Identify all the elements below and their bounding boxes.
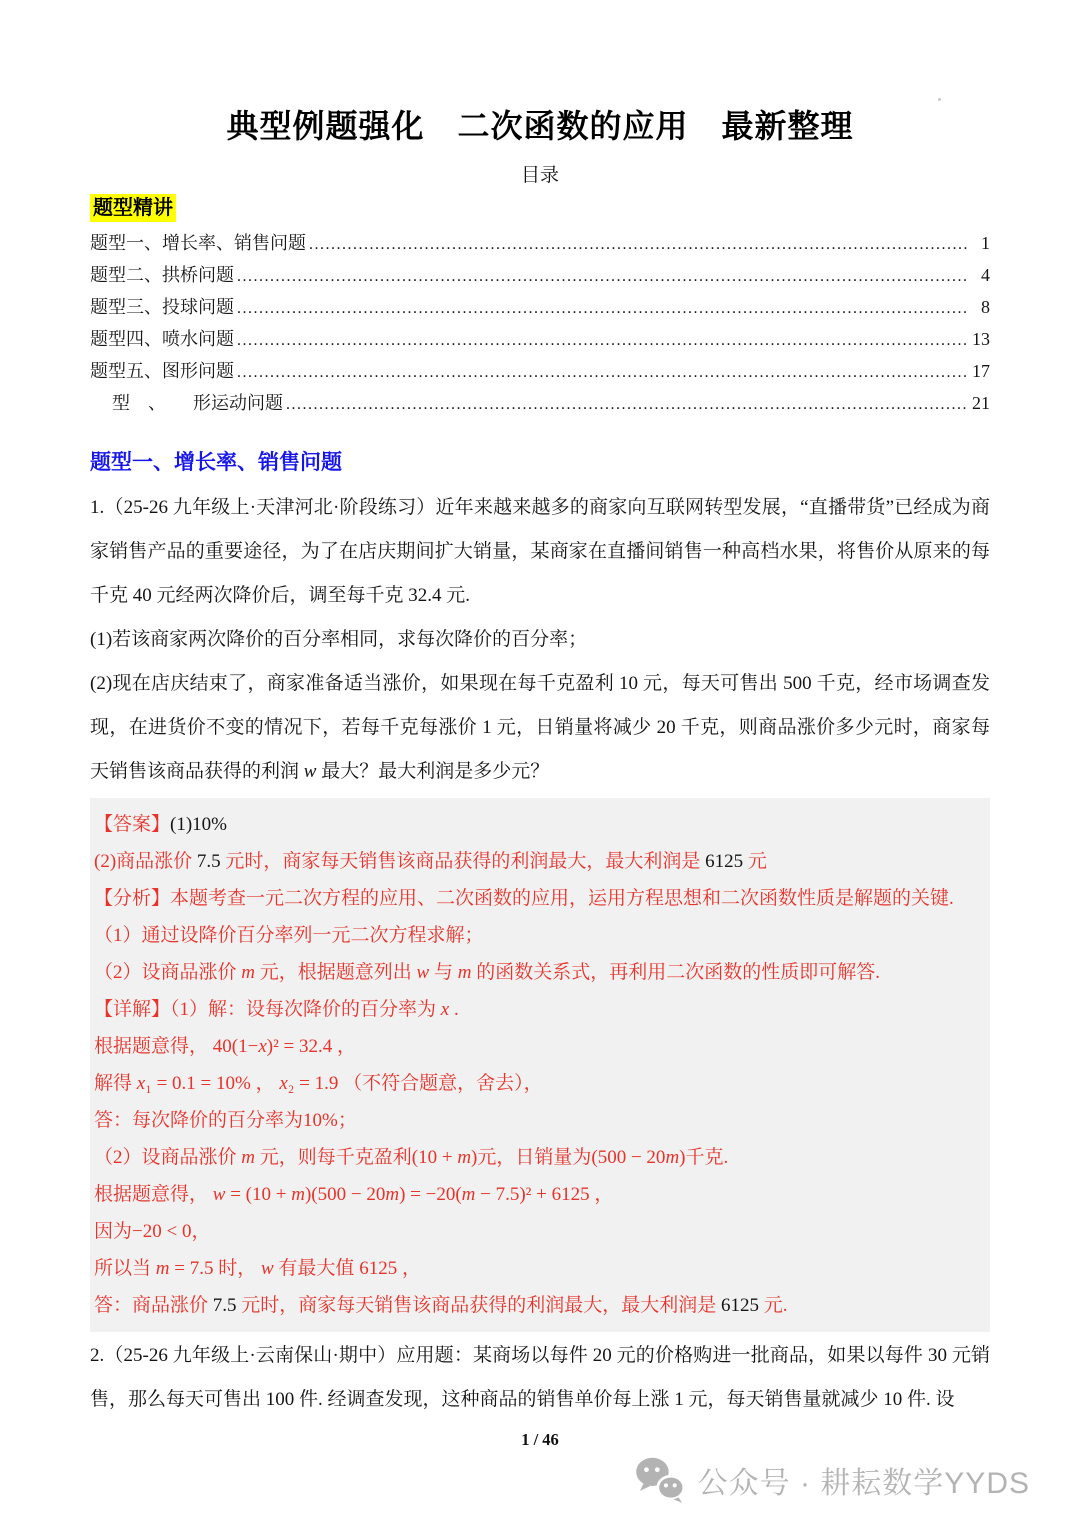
solution-block: 【答案】(1)10% (2)商品涨价 7.5 元时，商家每天销售该商品获得的利润… bbox=[90, 798, 990, 1332]
toc-leader-dots bbox=[237, 358, 969, 388]
toc-row: 型 、 形运动问题 21 bbox=[90, 388, 990, 420]
solution-detail-line: 【详解】（1）解：设每次降价的百分率为 x . bbox=[94, 991, 982, 1028]
toc-page-number: 21 bbox=[972, 388, 990, 418]
solution-detail-line: 所以当 m = 7.5 时， w 有最大值 6125 ， bbox=[94, 1250, 982, 1287]
problem-2-statement: 2.（25-26 九年级上·云南保山·期中）应用题：某商场以每件 20 元的价格… bbox=[90, 1334, 990, 1422]
toc-entry-label: 题型三、投球问题 bbox=[90, 292, 234, 322]
toc-row: 题型三、投球问题 8 bbox=[90, 292, 990, 324]
solution-detail-line: 答：每次降价的百分率为10%； bbox=[94, 1102, 982, 1139]
section-heading: 题型一、增长率、销售问题 bbox=[90, 448, 990, 478]
solution-formula-line: 因为−20 < 0， bbox=[94, 1213, 982, 1250]
table-of-contents: 题型一、增长率、销售问题 1 题型二、拱桥问题 4 题型三、投球问题 8 题型四… bbox=[90, 228, 990, 420]
solution-analysis-line: （1）通过设降价百分率列一元二次方程求解； bbox=[94, 917, 982, 954]
solution-answer-line: 【答案】(1)10% bbox=[94, 806, 982, 843]
page-title: 典型例题强化 二次函数的应用 最新整理 bbox=[90, 106, 990, 146]
stray-mark bbox=[938, 98, 941, 101]
toc-page-number: 13 bbox=[972, 324, 990, 354]
problem-1-part-1: (1)若该商家两次降价的百分率相同，求每次降价的百分率； bbox=[90, 618, 990, 662]
highlight-badge: 题型精讲 bbox=[90, 194, 176, 222]
toc-page-number: 17 bbox=[972, 356, 990, 386]
toc-entry-label: 题型四、喷水问题 bbox=[90, 324, 234, 354]
toc-leader-dots bbox=[237, 294, 969, 324]
toc-leader-dots bbox=[286, 390, 969, 420]
problem-1-part-2: (2)现在店庆结束了，商家准备适当涨价，如果现在每千克盈利 10 元，每天可售出… bbox=[90, 662, 990, 794]
toc-entry-label: 型 、 形运动问题 bbox=[112, 388, 283, 418]
page-number: 1 / 46 bbox=[90, 1430, 990, 1450]
watermark-text: 公众号 · 耕耘数学YYDS bbox=[698, 1458, 1030, 1502]
toc-row: 题型一、增长率、销售问题 1 bbox=[90, 228, 990, 260]
solution-answer-line: (2)商品涨价 7.5 元时，商家每天销售该商品获得的利润最大，最大利润是 61… bbox=[94, 843, 982, 880]
toc-leader-dots bbox=[309, 230, 969, 260]
toc-row: 题型五、图形问题 17 bbox=[90, 356, 990, 388]
toc-page-number: 8 bbox=[972, 292, 990, 322]
solution-detail-line: （2）设商品涨价 m 元，则每千克盈利(10 + m)元，日销量为(500 − … bbox=[94, 1139, 982, 1176]
toc-entry-label: 题型二、拱桥问题 bbox=[90, 260, 234, 290]
toc-entry-label: 题型五、图形问题 bbox=[90, 356, 234, 386]
solution-formula-line: 解得 x₁ = 0.1 = 10% ， x₂ = 1.9 （不符合题意，舍去）， bbox=[94, 1065, 982, 1102]
wechat-icon bbox=[634, 1456, 686, 1504]
solution-conclusion-line: 答：商品涨价 7.5 元时，商家每天销售该商品获得的利润最大，最大利润是 612… bbox=[94, 1287, 982, 1324]
solution-formula-line: 根据题意得， w = (10 + m)(500 − 20m) = −20(m −… bbox=[94, 1176, 982, 1213]
toc-entry-label: 题型一、增长率、销售问题 bbox=[90, 228, 306, 258]
toc-leader-dots bbox=[237, 262, 969, 292]
toc-page-number: 4 bbox=[972, 260, 990, 290]
solution-analysis-line: （2）设商品涨价 m 元，根据题意列出 w 与 m 的函数关系式，再利用二次函数… bbox=[94, 954, 982, 991]
toc-row: 题型四、喷水问题 13 bbox=[90, 324, 990, 356]
solution-analysis-line: 【分析】本题考查一元二次方程的应用、二次函数的应用，运用方程思想和二次函数性质是… bbox=[94, 880, 982, 917]
document-page: 典型例题强化 二次函数的应用 最新整理 目录 题型精讲 题型一、增长率、销售问题… bbox=[0, 0, 1080, 1450]
toc-heading: 目录 bbox=[90, 164, 990, 188]
solution-formula-line: 根据题意得， 40(1−x)² = 32.4 ， bbox=[94, 1028, 982, 1065]
toc-row: 题型二、拱桥问题 4 bbox=[90, 260, 990, 292]
toc-leader-dots bbox=[237, 326, 969, 356]
footer-watermark: 公众号 · 耕耘数学YYDS bbox=[634, 1456, 1030, 1504]
problem-1-statement: 1.（25-26 九年级上·天津河北·阶段练习）近年来越来越多的商家向互联网转型… bbox=[90, 486, 990, 618]
toc-page-number: 1 bbox=[972, 228, 990, 258]
